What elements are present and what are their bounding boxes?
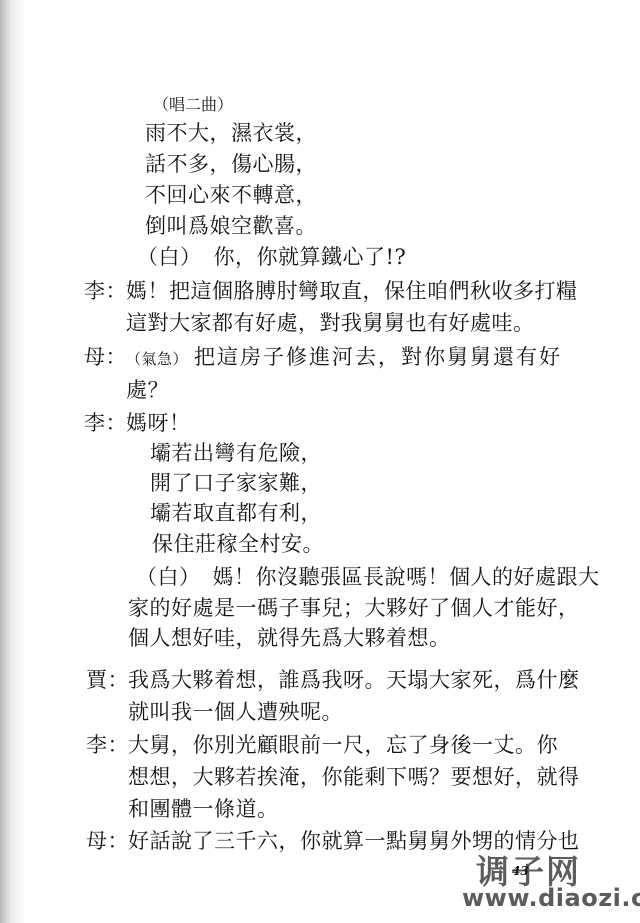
stage-direction-sing: （唱二曲）	[153, 93, 233, 117]
song-line: 壩若出彎有危險，	[150, 441, 322, 465]
spoken-line: （白）你，你就算鐵心了!?	[137, 245, 406, 269]
speaker-label: 李：	[84, 279, 126, 303]
speaker-label: 母：	[84, 345, 126, 369]
dialogue-line: 李：大舅，你別光顧眼前一尺，忘了身後一丈。你	[86, 733, 558, 757]
song-line: 倒叫爲娘空歡喜。	[145, 214, 317, 238]
dialogue-continuation: 和團體一條道。	[128, 797, 279, 821]
spoken-text: 媽！你沒聽張區長說嗎！個人的好處跟大	[213, 565, 600, 589]
speaker-label: 李：	[86, 733, 128, 757]
speaker-label: 李：	[84, 411, 126, 435]
dialogue-line: 母：（氣急）把這房子修進河去，對你舅舅還有好	[84, 345, 562, 371]
stage-direction-spoken: （白）	[137, 245, 202, 269]
song-line: 雨不大，濕衣裳，	[145, 121, 317, 145]
song-line: 保住莊稼全村安。	[152, 532, 324, 556]
dialogue-continuation: 處？	[126, 378, 169, 402]
stage-direction-spoken: （白）	[136, 565, 201, 589]
spoken-line: （白）媽！你沒聽張區長說嗎！個人的好處跟大	[136, 565, 600, 589]
speaker-label: 母：	[86, 829, 128, 853]
song-line: 話不多，傷心腸，	[145, 152, 317, 176]
song-line: 不回心來不轉意，	[145, 183, 317, 207]
dialogue-text: 把這房子修進河去，對你舅舅還有好	[194, 345, 562, 369]
dialogue-text: 我爲大夥着想，誰爲我呀。天塌大家死，爲什麼	[128, 668, 580, 692]
stage-direction-emotion: （氣急）	[126, 350, 188, 368]
page-number: 43	[512, 864, 529, 878]
spoken-text: 你，你就算鐵心了!?	[214, 245, 407, 269]
dialogue-line: 賈：我爲大夥着想，誰爲我呀。天塌大家死，爲什麼	[86, 668, 580, 692]
scan-edge-shadow	[0, 0, 26, 923]
speaker-label: 賈：	[86, 668, 128, 692]
dialogue-continuation: 就叫我一個人遭殃呢。	[128, 700, 343, 724]
spoken-continuation: 個人想好哇，就得先爲大夥着想。	[128, 626, 451, 650]
dialogue-text: 媽！把這個胳膊肘彎取直，保住咱們秋收多打糧	[126, 279, 578, 303]
dialogue-text: 媽呀！	[126, 411, 191, 435]
dialogue-line: 李：媽呀！	[84, 411, 191, 435]
song-line: 壩若取直都有利，	[150, 501, 322, 525]
song-line: 開了口子家家難，	[150, 471, 322, 495]
dialogue-continuation: 想想，大夥若挨淹，你能剩下嗎？要想好，就得	[128, 765, 580, 789]
dialogue-text: 大舅，你別光顧眼前一尺，忘了身後一丈。你	[128, 733, 558, 757]
dialogue-continuation: 這對大家都有好處，對我舅舅也有好處哇。	[126, 311, 535, 335]
dialogue-line: 李：媽！把這個胳膊肘彎取直，保住咱們秋收多打糧	[84, 279, 578, 303]
watermark-url: www.diaozi.com	[462, 884, 640, 912]
spoken-continuation: 家的好處是一碼子事兒；大夥好了個人才能好，	[128, 596, 580, 620]
